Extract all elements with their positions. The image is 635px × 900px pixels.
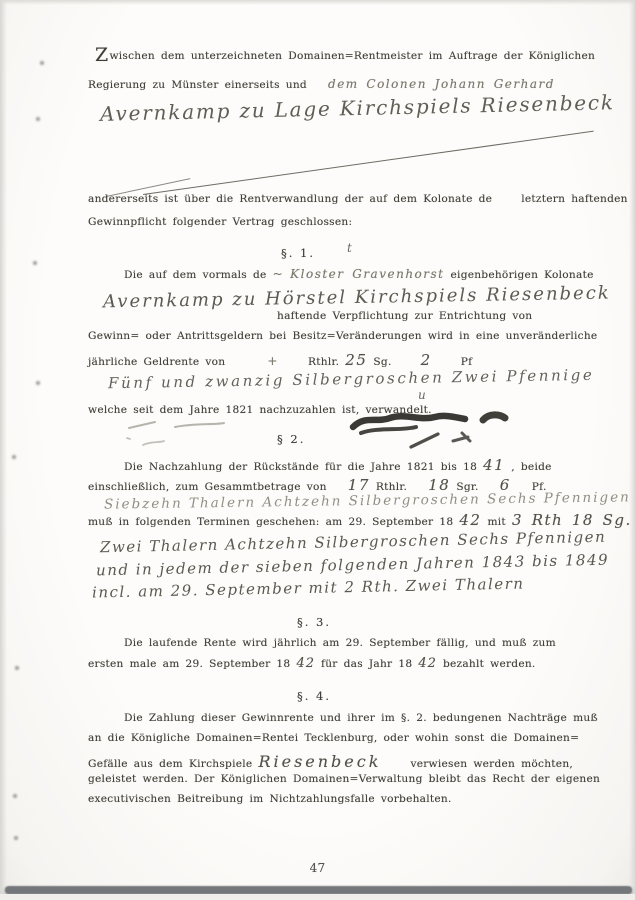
flourish-line [143,131,594,195]
printed-text: einschließlich, zum Gesammtbetrage von [88,481,327,493]
document-page: Zwischen dem unterzeichneten Domainen=Re… [0,0,635,900]
printed-text: Rthlr. [376,481,407,493]
drop-initial: Z [95,44,108,66]
binding-speck [33,261,37,265]
page-edge-top [0,0,635,5]
binding-speck [36,117,40,121]
s4-line-4: geleistet werden. Der Königlichen Domain… [88,773,600,785]
s4-line-3: Gefälle aus dem Kirchspiele Riesenbeck v… [88,752,573,771]
intro-line-2: Regierung zu Münster einerseits und dem … [88,77,555,91]
page-edge-right [629,0,635,900]
binding-speck [12,455,16,459]
section-2-heading: § 2. [277,432,305,446]
binding-speck [36,381,40,385]
below-edge [0,894,635,900]
handwritten-insert: dem Colonen Johann Gerhard [328,77,555,91]
binding-speck [13,794,17,798]
handwritten-amount: 3 Rth 18 Sg. 6 d [512,511,635,529]
handwritten-name-line: Avernkamp zu Lage Kirchspiels Riesenbeck [100,90,615,126]
printed-text: Die Nachzahlung der Rückstände für die J… [124,461,477,473]
printed-text: ersten male am 29. September 18 [88,658,290,670]
printed-text: verwiesen werden möchten, [410,758,573,770]
bottom-edge-shadow [5,886,632,894]
preamble-line-2: Gewinnpflicht folgender Vertrag geschlos… [88,216,352,228]
ink-blot [115,410,515,454]
printed-text: muß in folgenden Terminen geschehen: am … [88,516,453,528]
handwritten-line: incl. am 29. September mit 2 Rth. Zwei T… [92,574,525,601]
section-4-heading: §. 4. [297,689,331,703]
section-3-heading: §. 3. [297,615,331,629]
page-edge-left [0,0,7,900]
handwritten-mark: + [267,354,279,368]
s2-line-1: Die Nachzahlung der Rückstände für die J… [124,456,552,474]
handwritten-year: 42 [296,656,315,671]
binding-speck [15,666,19,670]
printed-text: Rthlr. [308,356,339,368]
printed-text: jährliche Geldrente von [88,356,225,368]
handwritten-place: Riesenbeck [258,752,381,771]
binding-speck [40,61,44,65]
s4-line-1: Die Zahlung dieser Gewinnrente und ihrer… [124,712,598,724]
s1-line-1: Die auf dem vormals de ~ Kloster Gravenh… [124,267,594,281]
printed-text: , beide [511,461,551,473]
printed-text: Die auf dem vormals de [124,269,267,281]
printed-text: mit [488,516,506,528]
handwritten-amount: 2 [421,351,432,369]
s3-line-1: Die laufende Rente wird jährlich am 29. … [124,637,556,649]
printed-text: bezahlt werden. [443,658,536,670]
s4-line-5: executivischen Beitreibung im Nichtzahlu… [88,793,452,805]
handwritten-year: 42 [418,656,437,671]
handwritten-dash: ~ [273,267,285,281]
section-1-heading: §. 1. [281,246,315,260]
printed-text: Gefälle aus dem Kirchspiele [88,758,252,770]
s4-line-2: an die Königliche Domainen=Rentei Teckle… [88,732,579,744]
printed-text: wischen dem unterzeichneten Domainen=Ren… [109,50,595,62]
binding-speck [14,836,18,840]
s3-line-2: ersten male am 29. September 18 42 für d… [88,656,536,671]
printed-text: Sg. [373,356,391,368]
handwritten-insert: Kloster Gravenhorst [290,267,444,281]
handwritten-amount-line: Fünf und zwanzig Silbergroschen Zwei Pfe… [108,366,595,392]
intro-line-1: Zwischen dem unterzeichneten Domainen=Re… [95,50,595,62]
handwritten-year: 42 [459,511,481,529]
handwritten-mark: u [418,388,426,402]
handwritten-amount: 17 [348,476,370,494]
handwritten-line: und in jedem der sieben folgenden Jahren… [96,551,609,580]
printed-text: andererseits ist über die Rentverwandlun… [88,193,492,205]
printed-text: eigenbehörigen Kolonate [451,269,594,281]
preamble-line-1: andererseits ist über die Rentverwandlun… [88,193,628,205]
s1-line-4: jährliche Geldrente von + Rthlr. 25 Sg. … [88,351,472,369]
s1-line-2: haftende Verpflichtung zur Entrichtung v… [277,310,532,322]
printed-text: Pf [461,356,473,368]
s2-line-3: muß in folgenden Terminen geschehen: am … [88,511,635,529]
handwritten-amount: 25 [345,351,367,369]
handwritten-year: 41 [483,456,505,474]
printed-text: letztern haftenden [521,193,627,205]
handwritten-name-line: Avernkamp zu Hörstel Kirchspiels Riesenb… [103,283,611,313]
page-number: 47 [0,861,635,875]
s1-line-3: Gewinn= oder Antrittsgeldern bei Besitz=… [88,330,597,342]
printed-text: Regierung zu Münster einerseits und [88,79,307,91]
printed-text: für das Jahr 18 [321,658,412,670]
handwritten-mark: t [347,241,352,255]
